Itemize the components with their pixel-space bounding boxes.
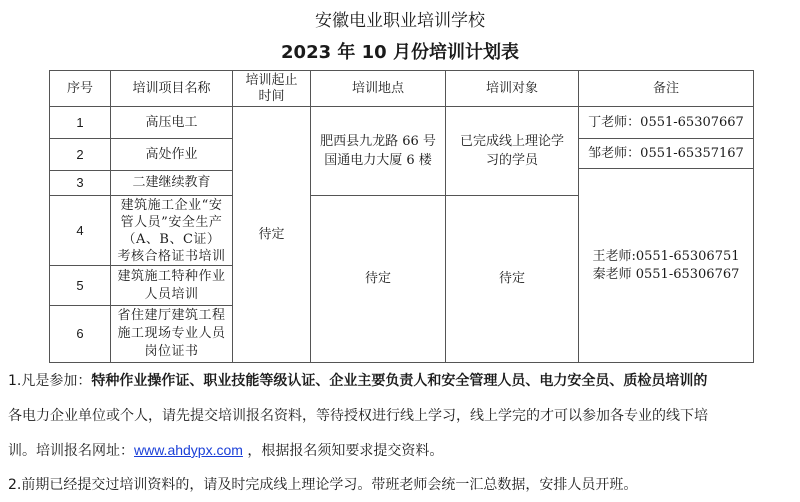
note-1-line-2: 各电力企业单位或个人，请先提交培训报名资料，等待授权进行线上学习，线上学完的才可… [8, 406, 798, 426]
plan-title: 2023 年 10 月份培训计划表 [0, 38, 800, 64]
group1-target: 已完成线上理论学习的学员 [445, 106, 579, 196]
header-time: 培训起止时间 [232, 70, 311, 107]
header-remarks: 备注 [578, 70, 754, 107]
header-no: 序号 [49, 70, 111, 107]
registration-link[interactable]: www.ahdypx.com [134, 442, 243, 458]
header-target: 培训对象 [445, 70, 579, 107]
group2-location: 待定 [310, 195, 446, 363]
group2-target: 待定 [445, 195, 579, 363]
remark-rest: 王老师:0551-65306751 秦老师 0551-65306767 [578, 168, 754, 363]
header-location: 培训地点 [310, 70, 446, 107]
row-4-name: 建筑施工企业“安管人员”安全生产（A、B、C证）考核合格证书培训 [110, 195, 233, 266]
note-1-line-1: 1.凡是参加：特种作业操作证、职业技能等级认证、企业主要负责人和安全管理人员、电… [8, 371, 798, 391]
header-project-name: 培训项目名称 [110, 70, 233, 107]
note-1-prefix: 1.凡是参加： [8, 373, 91, 389]
row-4-no: 4 [49, 195, 111, 266]
note-2: 2.前期已经提交过培训资料的，请及时完成线上理论学习。带班老师会统一汇总数据，安… [8, 475, 798, 495]
row-2-no: 2 [49, 138, 111, 171]
remark-row-1: 丁老师：0551-65307667 [578, 106, 754, 139]
note-1-line-3-prefix: 训。培训报名网址： [8, 443, 134, 459]
row-6-no: 6 [49, 305, 111, 363]
row-1-no: 1 [49, 106, 111, 139]
row-2-name: 高处作业 [110, 138, 233, 171]
row-3-no: 3 [49, 170, 111, 196]
row-3-name: 二建继续教育 [110, 170, 233, 196]
remark-row-2: 邹老师：0551-65357167 [578, 138, 754, 169]
time-merged: 待定 [232, 106, 311, 363]
row-5-name: 建筑施工特种作业人员培训 [110, 265, 233, 306]
note-1-line-3-suffix: ，根据报名须知要求提交资料。 [243, 443, 443, 459]
row-5-no: 5 [49, 265, 111, 306]
row-6-name: 省住建厅建筑工程施工现场专业人员岗位证书 [110, 305, 233, 363]
note-1-line-3: 训。培训报名网址：www.ahdypx.com ，根据报名须知要求提交资料。 [8, 440, 798, 461]
group1-location: 肥西县九龙路 66 号国通电力大厦 6 楼 [310, 106, 446, 196]
school-name: 安徽电业职业培训学校 [0, 6, 800, 31]
note-1-bold: 特种作业操作证、职业技能等级认证、企业主要负责人和安全管理人员、电力安全员、质检… [91, 373, 707, 389]
row-1-name: 高压电工 [110, 106, 233, 139]
